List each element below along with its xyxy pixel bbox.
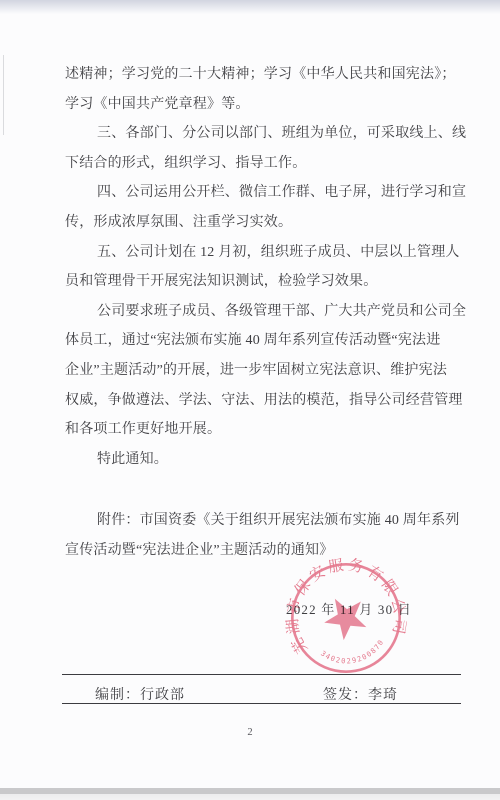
document-line: 体员工，通过“宪法颁布实施 40 周年系列宣传活动暨“宪法进 [65,326,459,356]
document-line: 五、公司计划在 12 月初，组织班子成员、中层以上管理人 [65,238,459,268]
document-line: 权威，争做遵法、学法、守法、用法的模范，指导公司经营管理 [65,386,459,416]
seal-star-icon [317,588,374,644]
document-line: 传，形成浓厚氛围、注重学习实效。 [65,208,459,238]
scan-edge-shadow-bottom [0,788,500,800]
document-body: 述精神；学习党的二十大精神；学习《中华人民共和国宪法》；学习《中国共产党章程》等… [65,60,459,474]
issued-by-label: 签发：李琦 [323,684,398,704]
svg-text:芜湖市保安服务有限公司: 芜湖市保安服务有限公司 [274,547,412,659]
seal-company-text: 芜湖市保安服务有限公司 [274,547,412,659]
footer-rule-bottom [62,703,461,704]
document-line: 述精神；学习党的二十大精神；学习《中华人民共和国宪法》； [65,60,459,90]
document-line: 和各项工作更好地开展。 [65,415,459,445]
document-line: 员和管理骨干开展宪法知识测试，检验学习效果。 [65,267,459,297]
scanned-document-page: 述精神；学习党的二十大精神；学习《中华人民共和国宪法》；学习《中国共产党章程》等… [0,0,500,800]
prepared-by-label: 编制：行政部 [95,684,185,704]
document-line: 四、公司运用公开栏、微信工作群、电子屏，进行学习和宣 [65,178,459,208]
scan-artifact-line [3,55,4,135]
document-line: 学习《中国共产党章程》等。 [65,90,459,120]
footer-rule-top [62,674,461,675]
page-number: 2 [0,727,500,738]
document-line: 下结合的形式，组织学习、指导工作。 [65,149,459,179]
document-line: 企业”主题活动”的开展，进一步牢固树立宪法意识、维护宪法 [65,356,459,386]
document-line: 公司要求班子成员、各级管理干部、广大共产党员和公司全 [65,297,459,327]
document-line: 特此通知。 [65,445,459,475]
scan-edge-shadow-top [0,0,500,14]
seal-number-text: 3402029200870 [318,636,389,670]
document-line: 三、各部门、分公司以部门、班组为单位，可采取线上、线 [65,119,459,149]
svg-text:3402029200870: 3402029200870 [318,636,389,670]
